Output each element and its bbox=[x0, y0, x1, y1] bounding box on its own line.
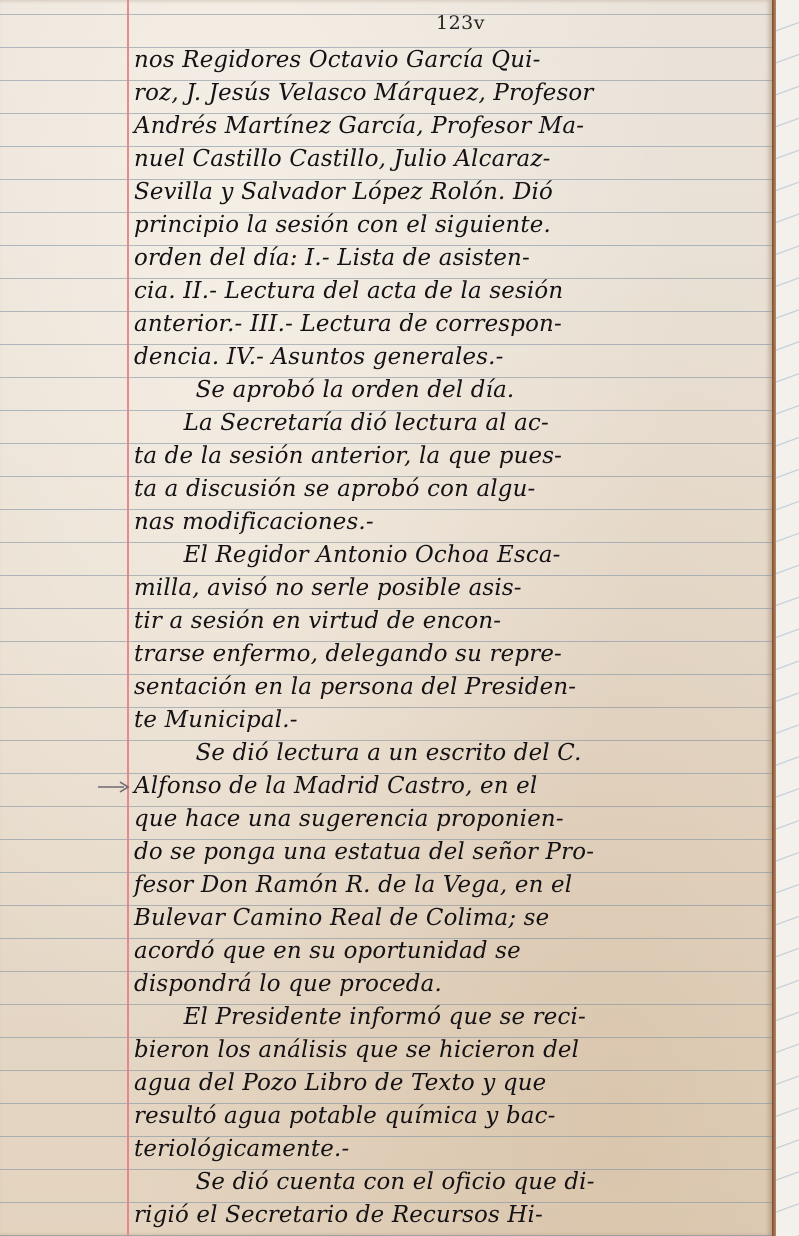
underlying-page bbox=[776, 0, 799, 1236]
text-line: principio la sesión con el siguiente. bbox=[134, 209, 770, 242]
text-line: El Presidente informó que se reci- bbox=[134, 1001, 770, 1034]
text-line: trarse enfermo, delegando su repre- bbox=[134, 638, 770, 671]
text-line: dispondrá lo que proceda. bbox=[134, 968, 770, 1001]
text-line: agua del Pozo Libro de Texto y que bbox=[134, 1067, 770, 1100]
text-line: Bulevar Camino Real de Colima; se bbox=[134, 902, 770, 935]
text-line: Se aprobó la orden del día. bbox=[134, 374, 770, 407]
text-line: rigió el Secretario de Recursos Hi- bbox=[134, 1199, 770, 1232]
margin-rule bbox=[127, 0, 129, 1236]
text-line: bieron los análisis que se hicieron del bbox=[134, 1034, 770, 1067]
text-line: orden del día: I.- Lista de asisten- bbox=[134, 242, 770, 275]
margin-arrow-icon bbox=[96, 779, 134, 795]
text-line: cia. II.- Lectura del acta de la sesión bbox=[134, 275, 770, 308]
text-line: acordó que en su oportunidad se bbox=[134, 935, 770, 968]
text-line: La Secretaría dió lectura al ac- bbox=[134, 407, 770, 440]
text-line: dencia. IV.- Asuntos generales.- bbox=[134, 341, 770, 374]
text-line: resultó agua potable química y bac- bbox=[134, 1100, 770, 1133]
text-line: fesor Don Ramón R. de la Vega, en el bbox=[134, 869, 770, 902]
text-line: nuel Castillo Castillo, Julio Alcaraz- bbox=[134, 143, 770, 176]
text-line: Se dió cuenta con el oficio que di- bbox=[134, 1166, 770, 1199]
text-line: Alfonso de la Madrid Castro, en el bbox=[134, 770, 770, 803]
text-line: do se ponga una estatua del señor Pro- bbox=[134, 836, 770, 869]
text-line: Se dió lectura a un escrito del C. bbox=[134, 737, 770, 770]
text-line: Andrés Martínez García, Profesor Ma- bbox=[134, 110, 770, 143]
handwritten-text: nos Regidores Octavio García Qui-roz, J.… bbox=[134, 44, 772, 1232]
text-line: Sevilla y Salvador López Rolón. Dió bbox=[134, 176, 770, 209]
text-line: anterior.- III.- Lectura de correspon- bbox=[134, 308, 770, 341]
text-line: milla, avisó no serle posible asis- bbox=[134, 572, 770, 605]
text-line: ta de la sesión anterior, la que pues- bbox=[134, 440, 770, 473]
text-line: El Regidor Antonio Ochoa Esca- bbox=[134, 539, 770, 572]
text-line: ta a discusión se aprobó con algu- bbox=[134, 473, 770, 506]
folio-number: 123v bbox=[436, 12, 485, 34]
text-line: te Municipal.- bbox=[134, 704, 770, 737]
text-line: roz, J. Jesús Velasco Márquez, Profesor bbox=[134, 77, 770, 110]
text-line: tir a sesión en virtud de encon- bbox=[134, 605, 770, 638]
text-line: sentación en la persona del Presiden- bbox=[134, 671, 770, 704]
text-line: nos Regidores Octavio García Qui- bbox=[134, 44, 770, 77]
text-line: que hace una sugerencia proponien- bbox=[134, 803, 770, 836]
text-line: teriológicamente.- bbox=[134, 1133, 770, 1166]
text-line: nas modificaciones.- bbox=[134, 506, 770, 539]
ledger-page: 123v nos Regidores Octavio García Qui-ro… bbox=[0, 0, 772, 1236]
